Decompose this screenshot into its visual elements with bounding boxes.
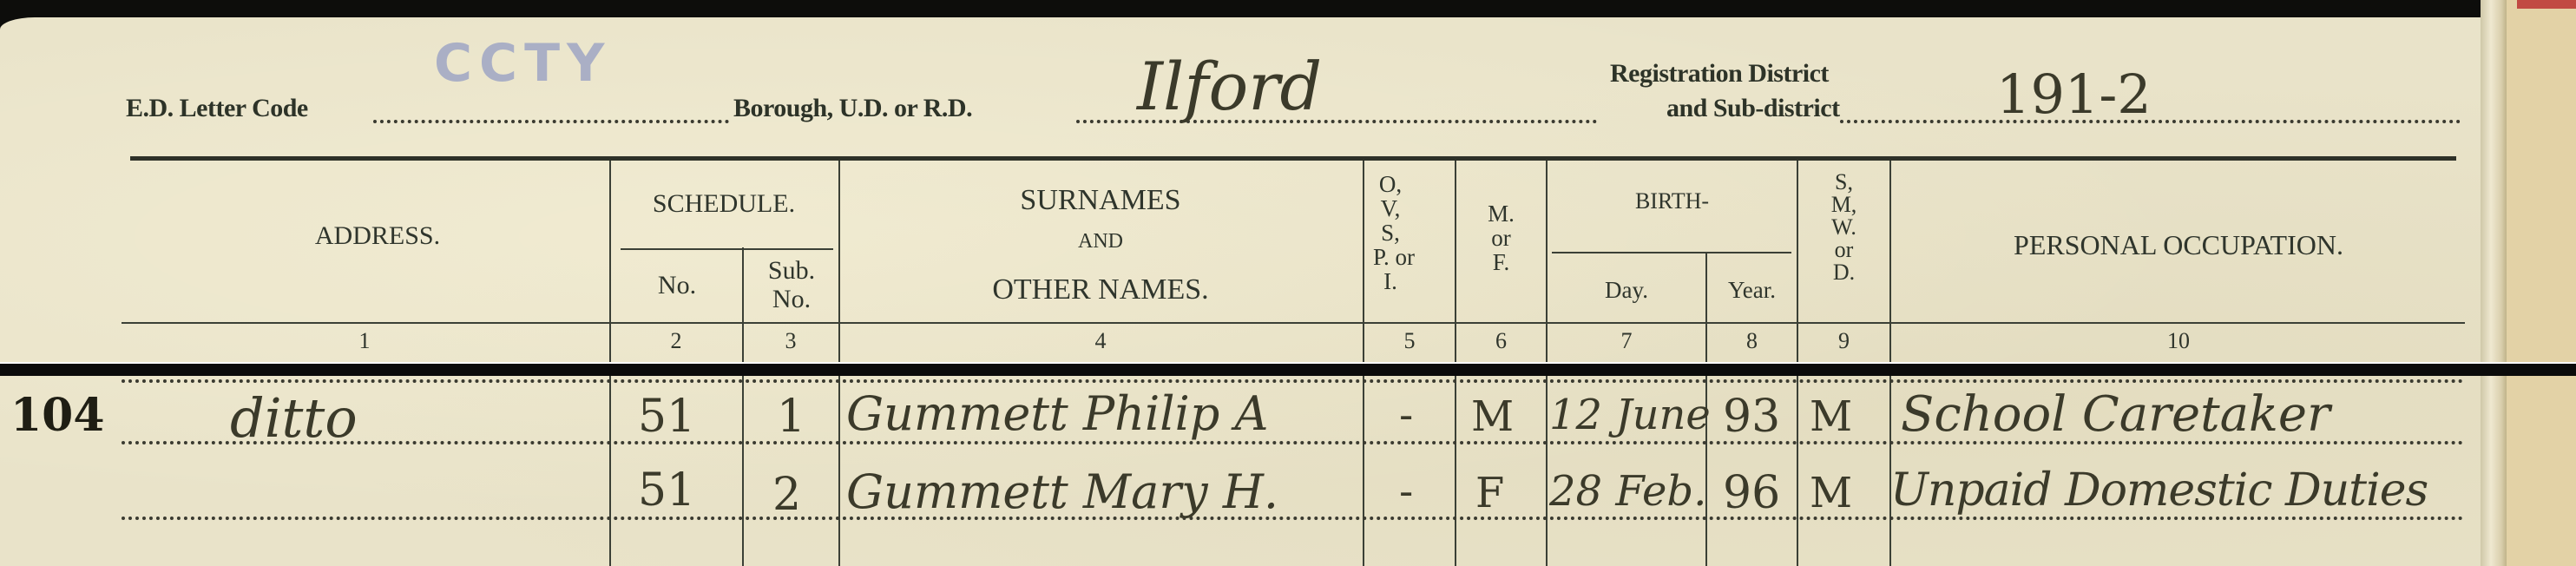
marital-cell: M [1810, 392, 1852, 441]
col-header-birth-day: Day. [1548, 278, 1705, 304]
col-header-mf-1: M. [1456, 201, 1546, 227]
col-header-surnames-3: OTHER NAMES. [838, 273, 1363, 306]
ovspi-cell: - [1399, 467, 1413, 516]
col-header-surnames-1: SURNAMES [838, 184, 1363, 216]
schedule-no-cell: 51 [638, 464, 695, 517]
borough-label: Borough, U.D. or R.D. [733, 94, 972, 123]
col-number: 8 [1707, 328, 1797, 354]
marital-cell: M [1810, 469, 1852, 517]
col-header-occupation: PERSONAL OCCUPATION. [1892, 230, 2465, 260]
col-number: 5 [1364, 328, 1455, 354]
col-header-ovspi-5: I. [1364, 269, 1416, 295]
adjacent-page-edge [2507, 0, 2576, 566]
column-number-rule [122, 322, 2465, 324]
col-header-sub-no-1: Sub. [745, 256, 838, 285]
occupation-cell: Unpaid Domestic Duties [1890, 464, 2428, 517]
col-header-mf-2: or [1456, 226, 1546, 252]
name-cell: Gummett Mary H. [846, 464, 1278, 519]
row-rule [122, 379, 2465, 383]
birth-day-cell: 28 Feb. [1549, 467, 1706, 516]
address-cell: ditto [230, 386, 358, 450]
col-header-schedule: SCHEDULE. [612, 189, 836, 218]
red-edge-mark [2517, 0, 2576, 9]
schedule-sub-rule [621, 248, 833, 250]
row-rule [122, 517, 2465, 520]
sub-no-cell: 1 [777, 391, 805, 443]
schedule-no-cell: 51 [638, 391, 695, 443]
col-header-mf-3: F. [1456, 250, 1546, 276]
col-number: 2 [611, 328, 741, 354]
col-number: 3 [744, 328, 838, 354]
col-header-surnames-2: AND [838, 230, 1363, 253]
col-number: 4 [840, 328, 1361, 354]
name-cell: Gummett Philip A [846, 386, 1269, 441]
col-header-ovspi-2: V, [1364, 196, 1416, 222]
birth-sub-rule [1552, 252, 1791, 253]
sub-no-cell: 2 [772, 469, 801, 521]
col-number: 10 [1892, 328, 2465, 354]
col-header-smwd-5: D. [1798, 260, 1889, 286]
col-number: 9 [1798, 328, 1889, 354]
registration-label-1: Registration District [1610, 59, 1829, 89]
ed-letter-code-dotted-line [373, 120, 729, 123]
col-header-birth: BIRTH- [1548, 189, 1797, 214]
col-header-ovspi-1: O, [1364, 172, 1416, 198]
book-binding [2481, 0, 2507, 566]
sex-cell: M [1471, 392, 1514, 441]
scan-divider-band [0, 362, 2576, 376]
registration-label-2: and Sub-district [1666, 94, 1840, 123]
col-header-sub-no-2: No. [745, 285, 838, 313]
sex-cell: F [1475, 469, 1504, 517]
birth-year-cell: 93 [1723, 391, 1780, 443]
col-header-ovspi-4: P. or [1373, 245, 1451, 271]
col-header-address: ADDRESS. [156, 221, 599, 250]
col-number: 1 [122, 328, 608, 354]
header-top-rule [130, 156, 2456, 161]
col-header-birth-year: Year. [1707, 278, 1797, 304]
birth-day-cell: 12 June [1549, 391, 1711, 439]
registration-value: 191-2 [1996, 63, 2152, 126]
ccty-stamp: CCTY [434, 33, 611, 94]
col-header-ovspi-3: S, [1364, 220, 1416, 247]
col-header-schedule-no: No. [612, 271, 742, 299]
col-number: 7 [1548, 328, 1705, 354]
occupation-cell: School Caretaker [1901, 386, 2330, 443]
borough-value: Ilford [1137, 48, 1322, 125]
ovspi-cell: - [1399, 391, 1413, 439]
birth-year-cell: 96 [1723, 467, 1780, 519]
ed-letter-code-label: E.D. Letter Code [126, 94, 308, 123]
col-number: 6 [1456, 328, 1546, 354]
line-number: 104 [10, 389, 105, 442]
